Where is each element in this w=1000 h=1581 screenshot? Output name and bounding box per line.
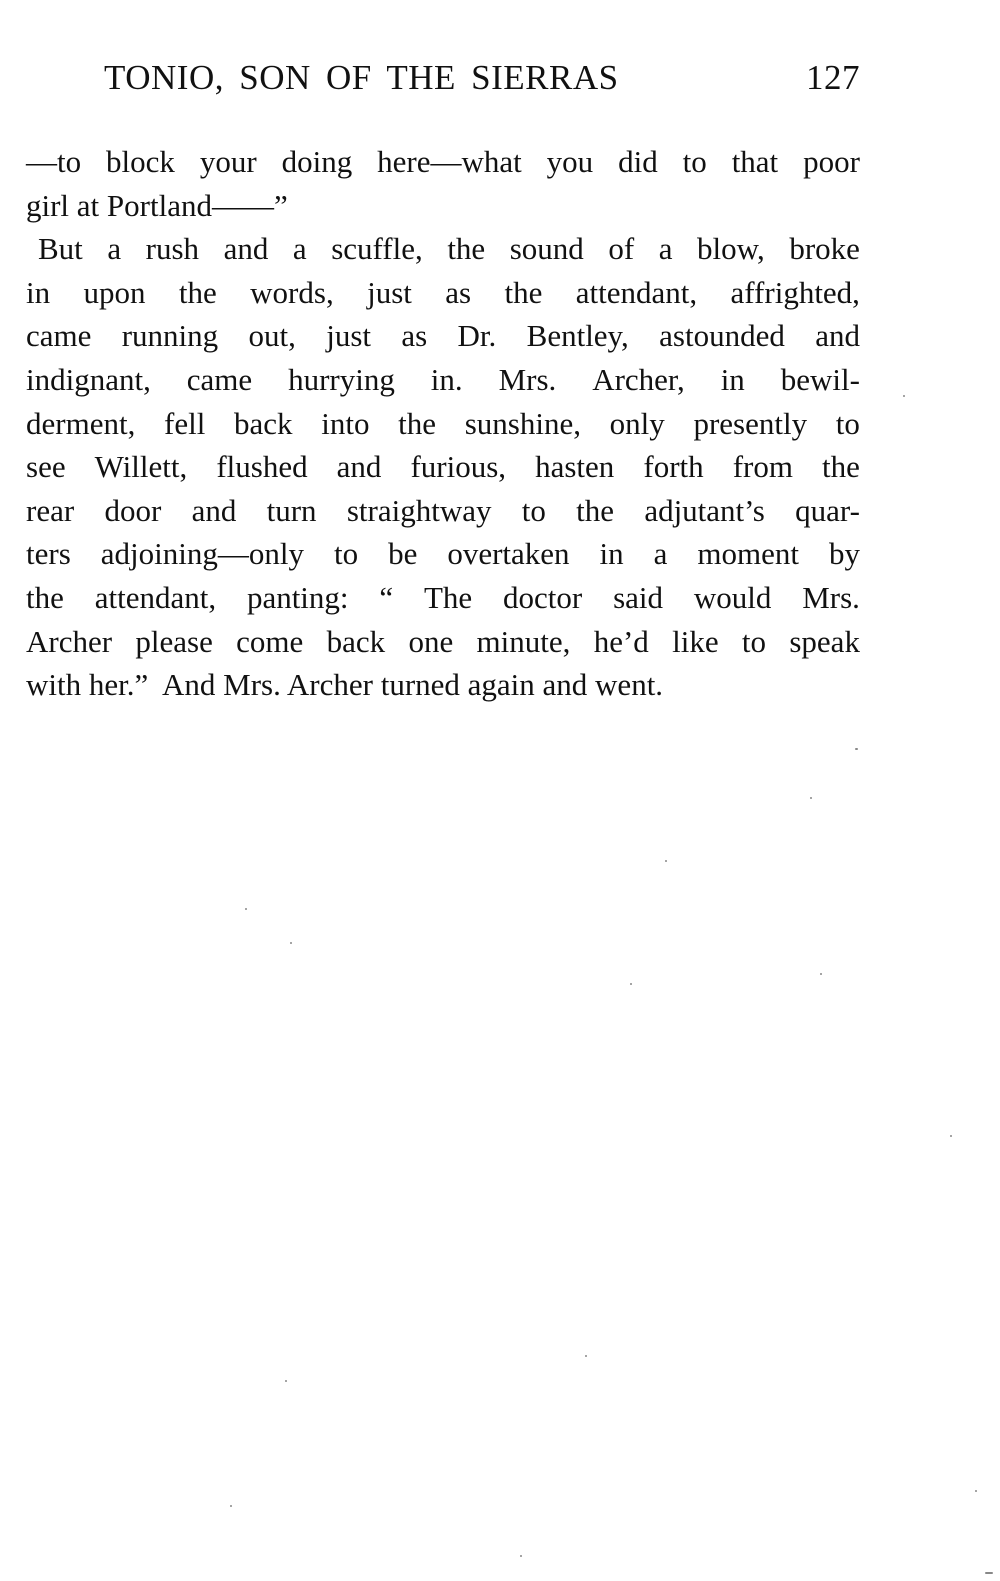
word: just bbox=[326, 314, 371, 358]
word: a bbox=[659, 227, 673, 271]
word: door bbox=[104, 489, 161, 533]
word: —to bbox=[26, 140, 81, 184]
word: as bbox=[401, 314, 427, 358]
word: ters bbox=[26, 532, 71, 576]
word: in bbox=[600, 532, 624, 576]
word: adjutant’s bbox=[644, 489, 765, 533]
word: “ bbox=[379, 576, 393, 620]
text-line: indignant,camehurryingin.Mrs.Archer,inbe… bbox=[26, 358, 860, 402]
word: as bbox=[445, 271, 471, 315]
scan-speck bbox=[245, 908, 247, 910]
scan-speck bbox=[285, 1380, 287, 1382]
text-line: —toblockyourdoinghere—whatyoudidtothatpo… bbox=[26, 140, 860, 184]
word: words, bbox=[250, 271, 334, 315]
word: forth bbox=[643, 445, 703, 489]
word: poor bbox=[803, 140, 860, 184]
text-line: seeWillett,flushedandfurious,hastenforth… bbox=[26, 445, 860, 489]
page-body: —toblockyourdoinghere—whatyoudidtothatpo… bbox=[26, 140, 860, 707]
word: back bbox=[327, 620, 386, 664]
word: here—what bbox=[377, 140, 522, 184]
word: from bbox=[733, 445, 793, 489]
word: scuffle, bbox=[331, 227, 423, 271]
word: a bbox=[654, 532, 668, 576]
word: blow, bbox=[697, 227, 765, 271]
word: speak bbox=[789, 620, 860, 664]
scan-speck bbox=[855, 748, 858, 750]
word: only bbox=[610, 402, 665, 446]
text-line: Archerpleasecomebackoneminute,he’dliketo… bbox=[26, 620, 860, 664]
word: Mrs. bbox=[499, 358, 557, 402]
word: turn bbox=[267, 489, 317, 533]
scan-speck bbox=[820, 973, 822, 975]
word: be bbox=[388, 532, 417, 576]
word: Mrs. bbox=[802, 576, 860, 620]
word: in. bbox=[431, 358, 463, 402]
scan-speck bbox=[230, 1505, 232, 1507]
page-number: 127 bbox=[806, 58, 860, 98]
word: did bbox=[618, 140, 658, 184]
text-line: reardoorandturnstraightwaytotheadjutant’… bbox=[26, 489, 860, 533]
word: said bbox=[613, 576, 663, 620]
word: upon bbox=[84, 271, 146, 315]
text-line: Butarushandascuffle,thesoundofablow,brok… bbox=[26, 227, 860, 271]
word: broke bbox=[789, 227, 860, 271]
word: a bbox=[107, 227, 121, 271]
text-line: theattendant,panting:“Thedoctorsaidwould… bbox=[26, 576, 860, 620]
running-head: TONIO, SON OF THE SIERRAS 127 bbox=[104, 58, 860, 102]
word: of bbox=[608, 227, 634, 271]
word: the bbox=[505, 271, 543, 315]
word: Bentley, bbox=[527, 314, 629, 358]
word: hasten bbox=[535, 445, 614, 489]
word: and bbox=[337, 445, 382, 489]
text-line: camerunningout,justasDr.Bentley,astounde… bbox=[26, 314, 860, 358]
scan-speck bbox=[520, 1555, 522, 1557]
word: Archer, bbox=[592, 358, 685, 402]
word: doing bbox=[282, 140, 353, 184]
word: and bbox=[815, 314, 860, 358]
scan-speck bbox=[903, 395, 905, 397]
word: Archer bbox=[26, 620, 112, 664]
word: you bbox=[547, 140, 594, 184]
word: rear bbox=[26, 489, 74, 533]
word: in bbox=[26, 271, 50, 315]
text-line: derment,fellbackintothesunshine,onlypres… bbox=[26, 402, 860, 446]
word: flushed bbox=[216, 445, 307, 489]
word: and bbox=[224, 227, 269, 271]
word: panting: bbox=[247, 576, 349, 620]
text-line: with her.” And Mrs. Archer turned again … bbox=[26, 663, 860, 707]
word: overtaken bbox=[447, 532, 569, 576]
word: came bbox=[26, 314, 91, 358]
word: running bbox=[122, 314, 218, 358]
word: the bbox=[179, 271, 217, 315]
text-line: girl at Portland——” bbox=[26, 184, 860, 228]
word: But bbox=[38, 227, 83, 271]
scan-speck bbox=[290, 942, 292, 944]
text-line: inuponthewords,justastheattendant,affrig… bbox=[26, 271, 860, 315]
word: would bbox=[694, 576, 772, 620]
word: indignant, bbox=[26, 358, 151, 402]
word: The bbox=[424, 576, 472, 620]
word: your bbox=[200, 140, 257, 184]
text-line: tersadjoining—onlytobeovertakeninamoment… bbox=[26, 532, 860, 576]
scan-speck bbox=[630, 983, 632, 985]
scan-speck bbox=[975, 1490, 977, 1492]
word: to bbox=[836, 402, 860, 446]
word: doctor bbox=[503, 576, 582, 620]
word: the bbox=[576, 489, 614, 533]
word: Dr. bbox=[458, 314, 497, 358]
word: hurrying bbox=[288, 358, 395, 402]
word: the bbox=[398, 402, 436, 446]
word: one bbox=[408, 620, 453, 664]
word: fell bbox=[164, 402, 205, 446]
running-title: TONIO, SON OF THE SIERRAS bbox=[104, 58, 619, 98]
word: see bbox=[26, 445, 66, 489]
word: to bbox=[334, 532, 358, 576]
word: and bbox=[192, 489, 237, 533]
paragraph-continued: —toblockyourdoinghere—whatyoudidtothatpo… bbox=[26, 140, 860, 227]
word: please bbox=[135, 620, 212, 664]
word: Willett, bbox=[95, 445, 188, 489]
word: presently bbox=[693, 402, 807, 446]
word: in bbox=[721, 358, 745, 402]
paragraph: Butarushandascuffle,thesoundofablow,brok… bbox=[26, 227, 860, 707]
scan-speck bbox=[585, 1355, 587, 1357]
word: a bbox=[293, 227, 307, 271]
word: straightway bbox=[347, 489, 492, 533]
word: to bbox=[522, 489, 546, 533]
word: minute, bbox=[477, 620, 571, 664]
scan-speck bbox=[985, 1572, 993, 1574]
word: just bbox=[367, 271, 412, 315]
scan-speck bbox=[810, 797, 812, 799]
word: quar- bbox=[795, 489, 860, 533]
word: attendant, bbox=[576, 271, 697, 315]
word: into bbox=[321, 402, 369, 446]
word: he’d bbox=[594, 620, 649, 664]
word: the bbox=[822, 445, 860, 489]
word: derment, bbox=[26, 402, 135, 446]
scan-speck bbox=[665, 860, 667, 862]
word: moment bbox=[697, 532, 799, 576]
word: the bbox=[26, 576, 64, 620]
word: out, bbox=[249, 314, 296, 358]
word: sunshine, bbox=[465, 402, 581, 446]
word: rush bbox=[146, 227, 199, 271]
word: astounded bbox=[659, 314, 785, 358]
scan-speck bbox=[950, 1135, 952, 1137]
word: to bbox=[683, 140, 707, 184]
word: block bbox=[106, 140, 175, 184]
word: by bbox=[829, 532, 860, 576]
word: came bbox=[187, 358, 252, 402]
word: to bbox=[742, 620, 766, 664]
word: like bbox=[672, 620, 719, 664]
word: adjoining—only bbox=[101, 532, 304, 576]
word: that bbox=[732, 140, 779, 184]
word: attendant, bbox=[95, 576, 216, 620]
word: the bbox=[447, 227, 485, 271]
word: bewil- bbox=[781, 358, 860, 402]
word: back bbox=[234, 402, 293, 446]
word: affrighted, bbox=[731, 271, 860, 315]
word: come bbox=[236, 620, 303, 664]
word: furious, bbox=[410, 445, 506, 489]
word: sound bbox=[510, 227, 584, 271]
